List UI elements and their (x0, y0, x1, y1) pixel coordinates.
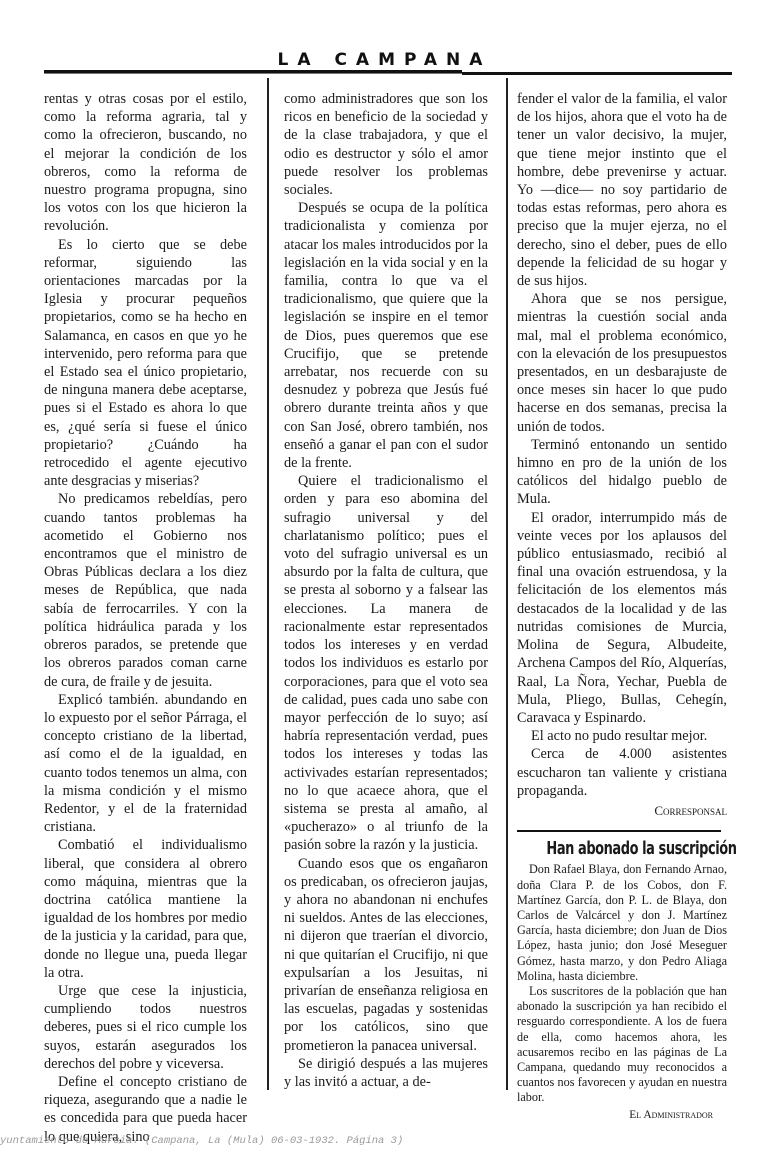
header-rule-right (462, 72, 732, 75)
article-column-2: como administradores que son los ricos e… (284, 90, 488, 1091)
paragraph: rentas y otras cosas por el estilo, como… (44, 90, 247, 236)
paragraph: Se dirigió después a las mujeres y las i… (284, 1055, 488, 1091)
column-divider (506, 78, 508, 1090)
administrator-signature: El Administrador (517, 1108, 727, 1123)
newspaper-title: LA CAMPANA (278, 50, 492, 70)
subscription-notice: Don Rafael Blaya, don Fernando Arnao, do… (517, 862, 727, 1122)
paragraph: Explicó también. abundando en lo expuest… (44, 691, 247, 837)
paragraph: Urge que cese la injusticia, cumpliendo … (44, 982, 247, 1073)
section-rule (517, 830, 721, 832)
article-column-1: rentas y otras cosas por el estilo, como… (44, 90, 247, 1146)
paragraph: Quiere el tradicionalismo el orden y par… (284, 472, 488, 854)
paragraph: Los suscritores de la población que han … (517, 984, 727, 1106)
paragraph: fender el valor de la familia, el valor … (517, 90, 727, 290)
paragraph: Es lo cierto que se debe reformar, sigui… (44, 236, 247, 491)
paragraph: como administradores que son los ricos e… (284, 90, 488, 199)
paragraph: Después se ocupa de la política tradicio… (284, 199, 488, 472)
article-signature: Corresponsal (517, 802, 727, 820)
paragraph: Combatió el individualismo liberal, que … (44, 836, 247, 982)
subscriber-list: Don Rafael Blaya, don Fernando Arnao, do… (517, 862, 727, 984)
article-column-3: fender el valor de la familia, el valor … (517, 90, 727, 1123)
masthead: LA CAMPANA (0, 50, 769, 70)
paragraph: El acto no pudo resultar mejor. (517, 727, 727, 745)
paragraph: Terminó entonando un sentido himno en pr… (517, 436, 727, 509)
paragraph: El orador, interrumpido más de veinte ve… (517, 509, 727, 727)
archive-footer: yuntamiento de Murcia. (Campana, La (Mul… (0, 1135, 403, 1147)
paragraph: Cuando esos que os engañaron os predicab… (284, 855, 488, 1055)
paragraph: Cerca de 4.000 asistentes escucharon tan… (517, 745, 727, 800)
header-rule-thin (44, 73, 464, 74)
subscription-heading: Han abonado la suscripción (546, 840, 697, 858)
paragraph: No predicamos rebeldías, pero cuando tan… (44, 490, 247, 690)
paragraph: Ahora que se nos persigue, mientras la c… (517, 290, 727, 436)
column-divider (267, 78, 269, 1090)
